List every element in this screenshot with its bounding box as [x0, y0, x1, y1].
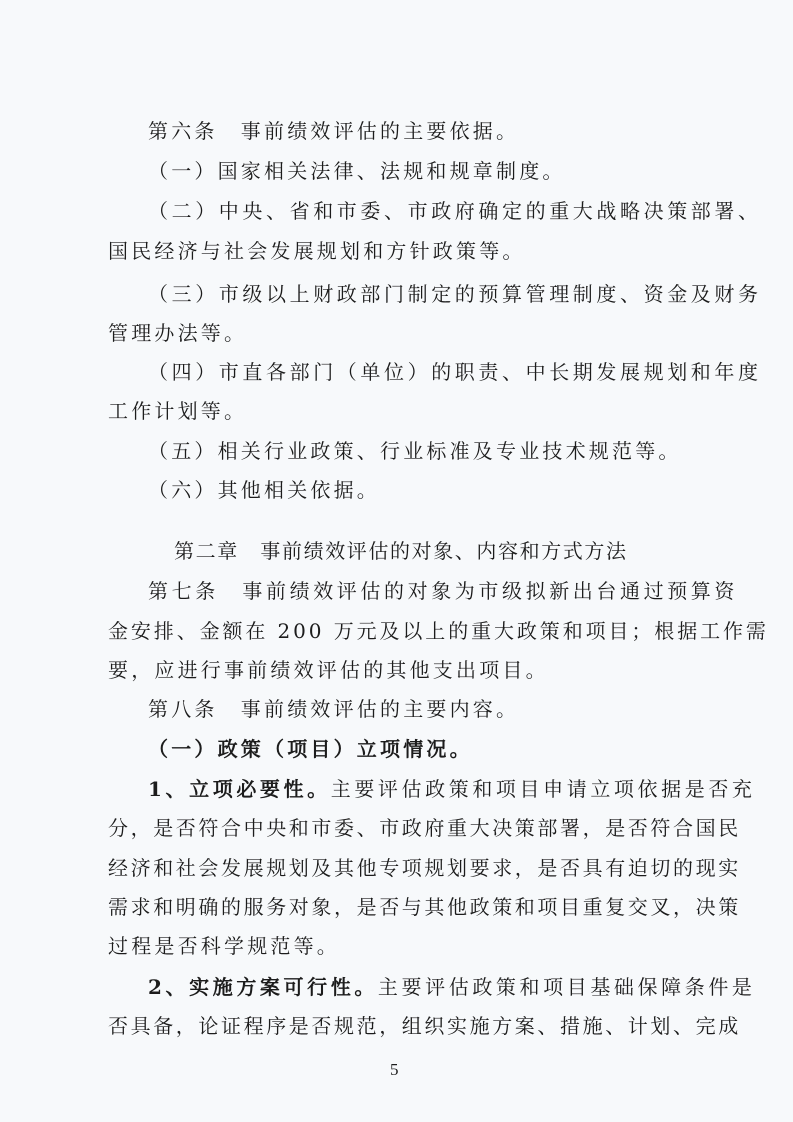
- section1-title: （一）政策（项目）立项情况。: [148, 735, 473, 763]
- basis-item-4-line2: 工作计划等。: [108, 397, 247, 425]
- item2-text: 主要评估政策和项目基础保障条件是: [378, 975, 756, 999]
- basis-item-5: （五）相关行业政策、行业标准及专业技术规范等。: [148, 437, 682, 465]
- item1-text: 主要评估政策和项目申请立项依据是否充: [331, 777, 756, 801]
- item2-line2: 否具备，论证程序是否规范，组织实施方案、措施、计划、完成: [108, 1012, 741, 1040]
- item1-line5: 过程是否科学规范等。: [108, 932, 340, 960]
- basis-item-3-line2: 管理办法等。: [108, 319, 247, 347]
- page-number: 5: [390, 1060, 399, 1080]
- basis-item-4-line1: （四）市直各部门（单位）的职责、中长期发展规划和年度: [148, 358, 762, 386]
- item2-title: 2、实施方案可行性。: [148, 975, 378, 999]
- item1-line4: 需求和明确的服务对象，是否与其他政策和项目重复交叉，决策: [108, 893, 741, 921]
- article7-line1: 第七条 事前绩效评估的对象为市级拟新出台通过预算资: [148, 577, 738, 605]
- basis-item-1: （一）国家相关法律、法规和规章制度。: [148, 157, 566, 185]
- item2-line1: 2、实施方案可行性。主要评估政策和项目基础保障条件是: [148, 973, 756, 1001]
- article7-line3: 要，应进行事前绩效评估的其他支出项目。: [108, 656, 549, 684]
- basis-item-3-line1: （三）市级以上财政部门制定的预算管理制度、资金及财务: [148, 280, 762, 308]
- item1-line1: 1、立项必要性。主要评估政策和项目申请立项依据是否充: [148, 775, 756, 803]
- item1-line3: 经济和社会发展规划及其他专项规划要求，是否具有迫切的现实: [108, 854, 741, 882]
- basis-item-2-line1: （二）中央、省和市委、市政府确定的重大战略决策部署、: [148, 197, 762, 225]
- item1-line2: 分，是否符合中央和市委、市政府重大决策部署，是否符合国民: [108, 814, 741, 842]
- basis-item-6: （六）其他相关依据。: [148, 476, 380, 504]
- chapter-heading: 第二章 事前绩效评估的对象、内容和方式方法: [174, 537, 628, 565]
- article8-heading: 第八条 事前绩效评估的主要内容。: [148, 695, 519, 723]
- basis-item-2-line2: 国民经济与社会发展规划和方针政策等。: [108, 237, 526, 265]
- article6-heading: 第六条 事前绩效评估的主要依据。: [148, 117, 519, 145]
- article7-line2: 金安排、金额在 200 万元及以上的重大政策和项目；根据工作需: [108, 617, 769, 645]
- item1-title: 1、立项必要性。: [148, 777, 331, 801]
